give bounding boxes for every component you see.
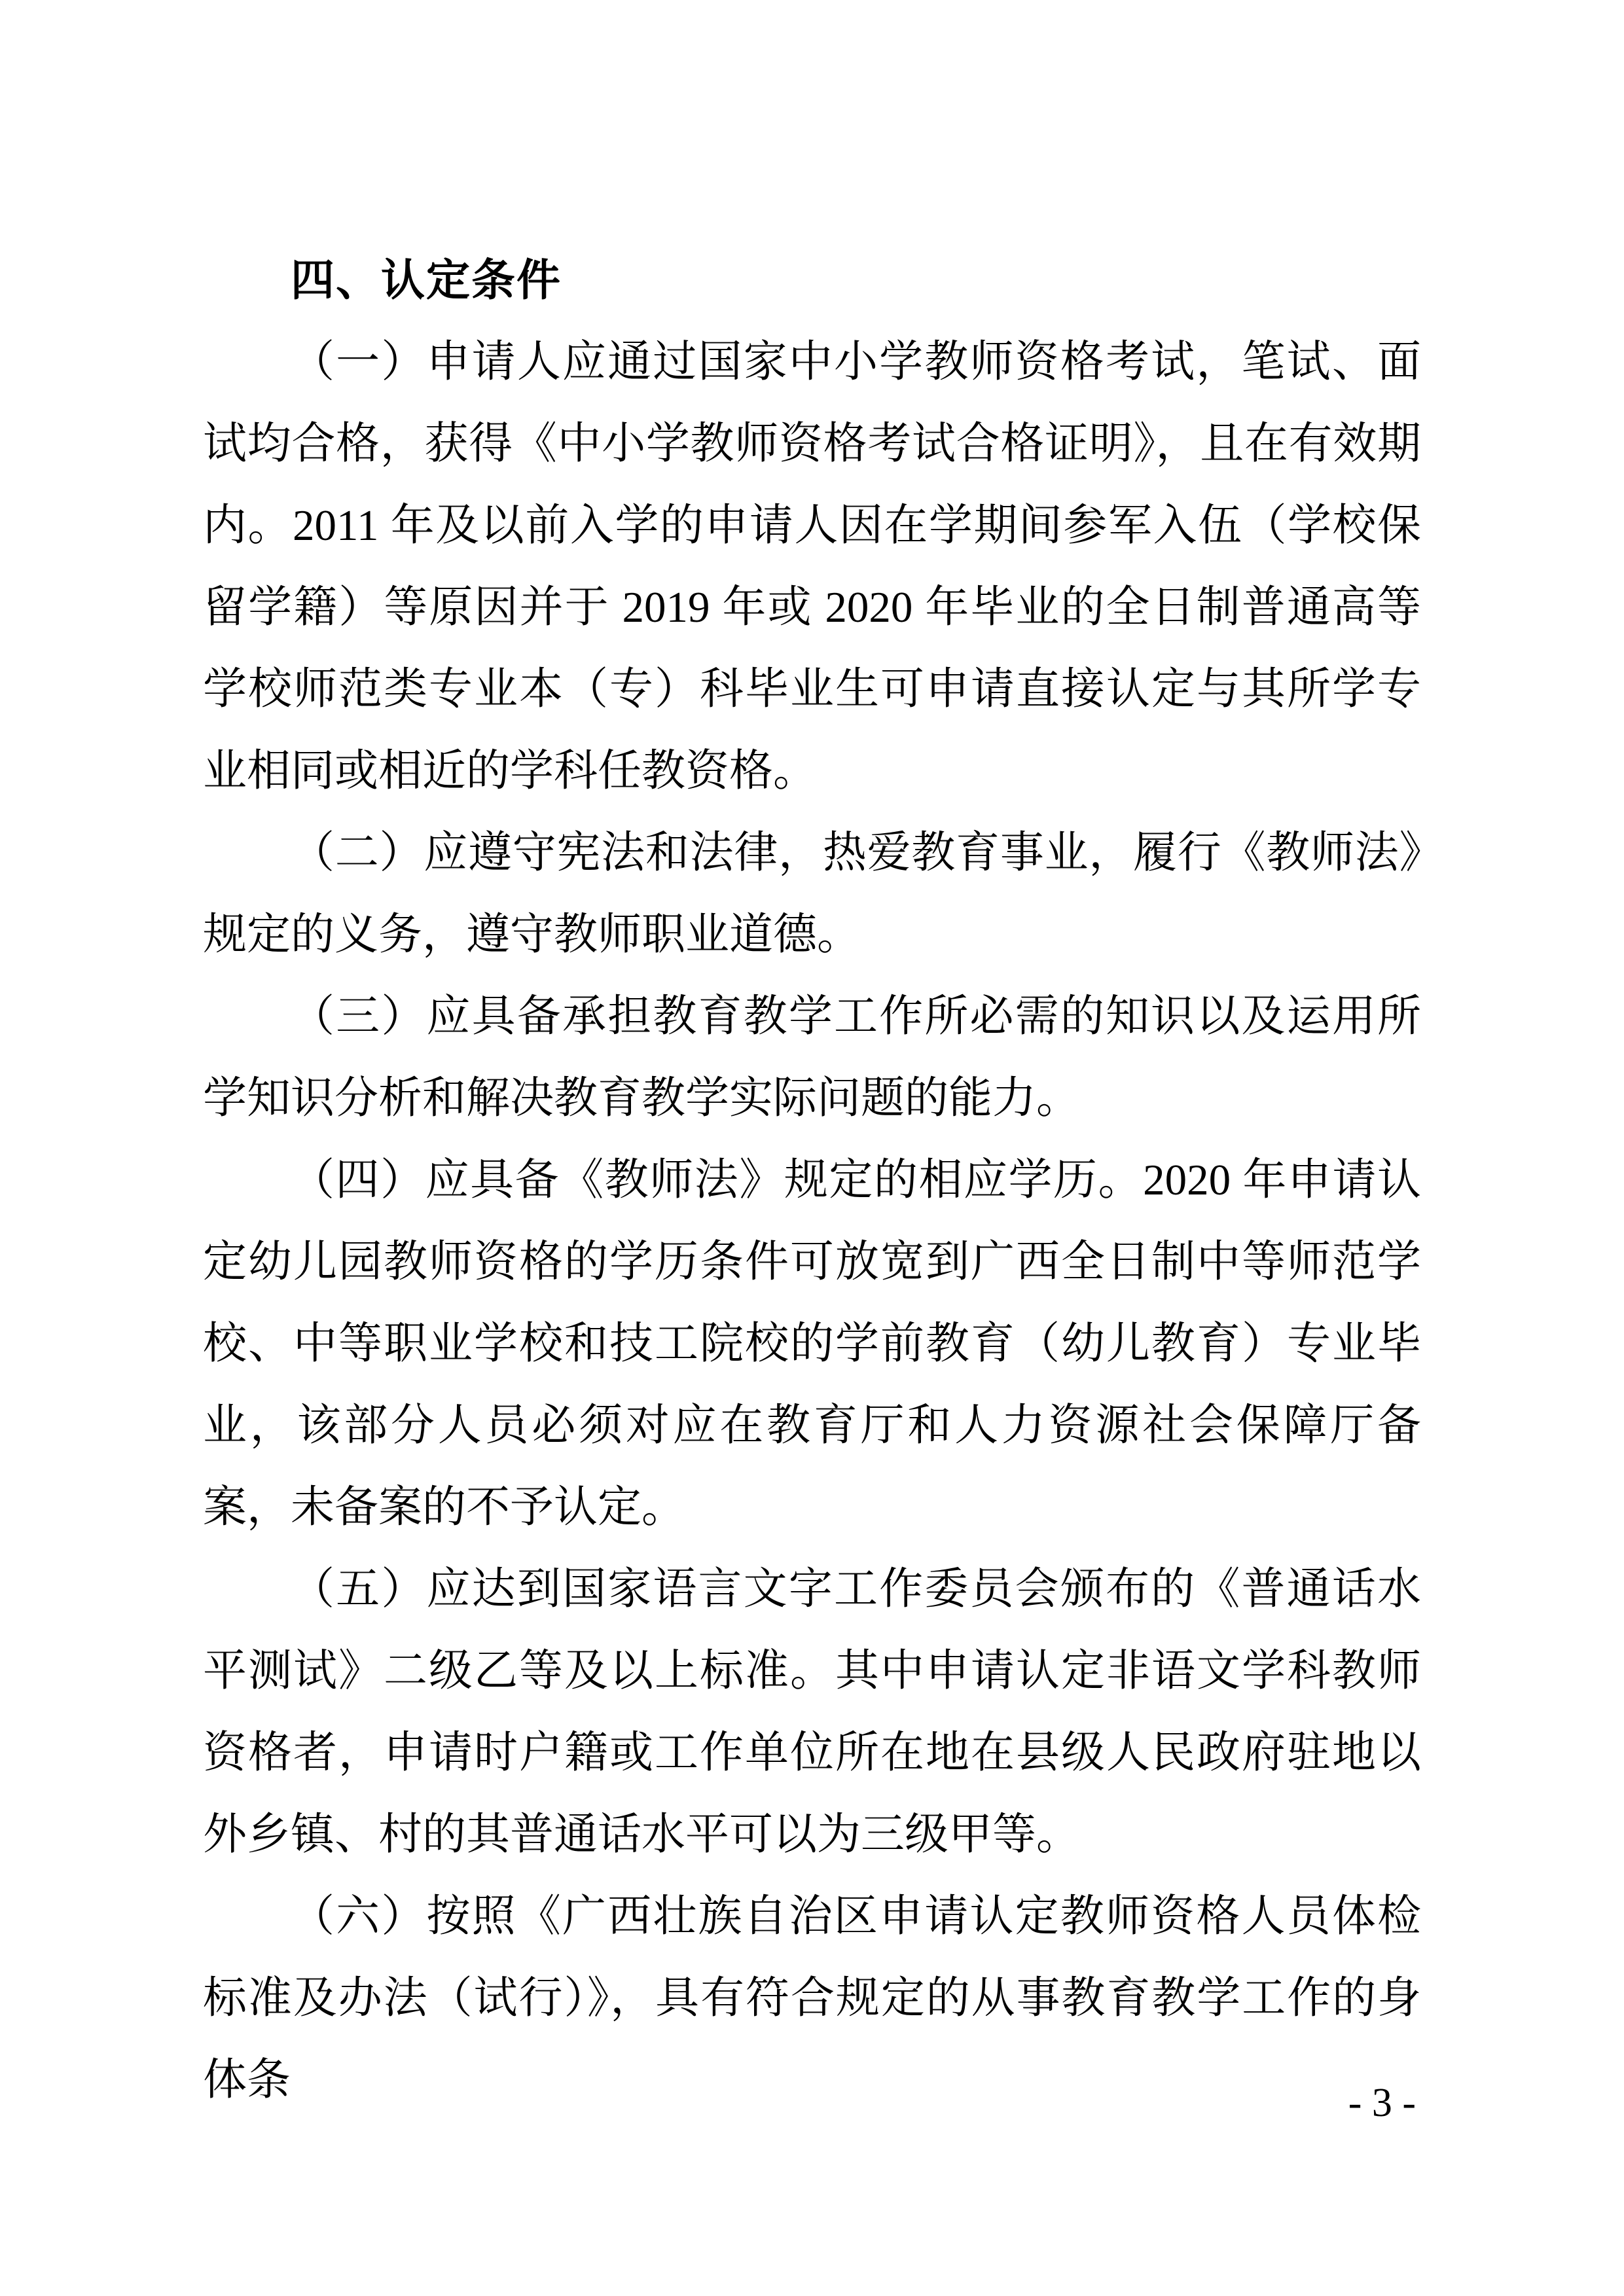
section-heading: 四、认定条件	[203, 240, 1421, 321]
paragraph-condition-5: （五）应达到国家语言文字工作委员会颁布的《普通话水平测试》二级乙等及以上标准。其…	[203, 1549, 1421, 1876]
document-page: 四、认定条件 （一）申请人应通过国家中小学教师资格考试，笔试、面试均合格，获得《…	[0, 0, 1624, 2296]
document-body: 四、认定条件 （一）申请人应通过国家中小学教师资格考试，笔试、面试均合格，获得《…	[203, 240, 1421, 2121]
paragraph-condition-4: （四）应具备《教师法》规定的相应学历。2020 年申请认定幼儿园教师资格的学历条…	[203, 1139, 1421, 1549]
paragraph-condition-3: （三）应具备承担教育教学工作所必需的知识以及运用所学知识分析和解决教育教学实际问…	[203, 976, 1421, 1139]
page-number: - 3 -	[1348, 2080, 1416, 2126]
paragraph-condition-2: （二）应遵守宪法和法律，热爱教育事业，履行《教师法》规定的义务，遵守教师职业道德…	[203, 812, 1421, 976]
paragraph-condition-1: （一）申请人应通过国家中小学教师资格考试，笔试、面试均合格，获得《中小学教师资格…	[203, 321, 1421, 812]
paragraph-condition-6: （六）按照《广西壮族自治区申请认定教师资格人员体检标准及办法（试行）》，具有符合…	[203, 1876, 1421, 2121]
